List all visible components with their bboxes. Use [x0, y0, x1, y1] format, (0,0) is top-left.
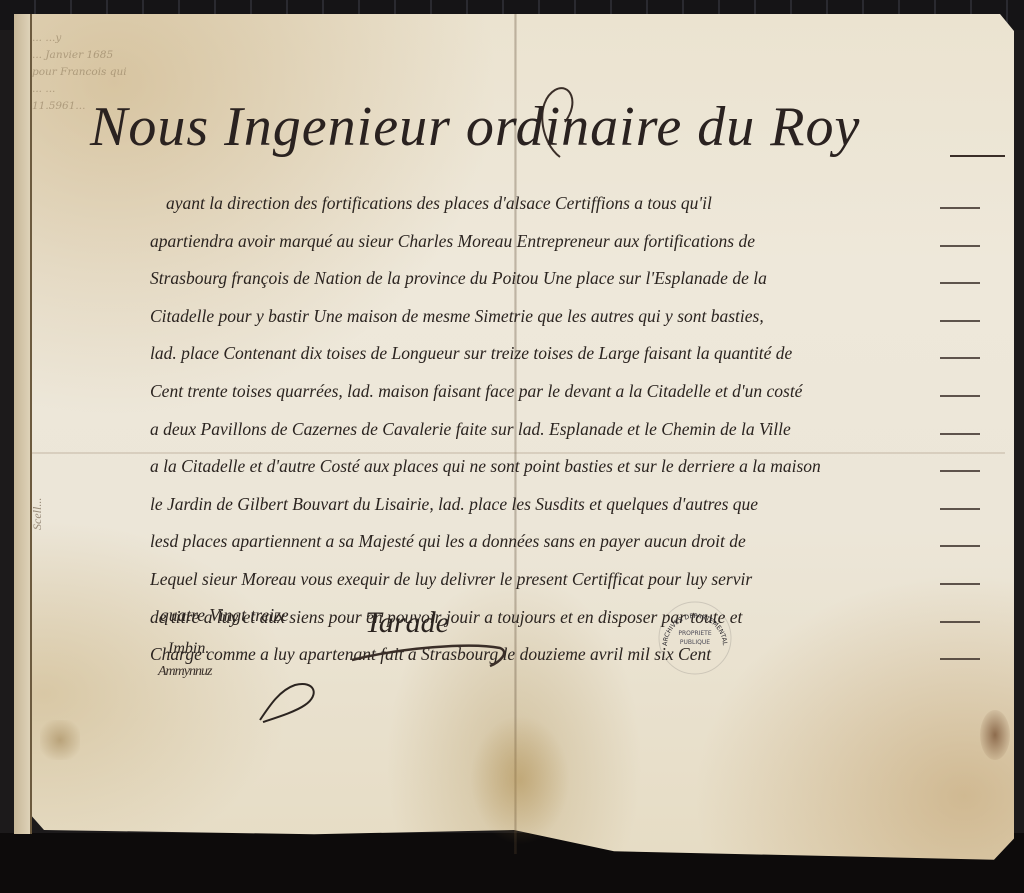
closing-line: quatre Vingt treize: [160, 605, 289, 626]
body-line: Charge comme a luy apartenant fait a Str…: [150, 636, 980, 674]
body-line: apartiendra avoir marqué au sieur Charle…: [150, 223, 980, 261]
body-line: Citadelle pour y bastir Une maison de me…: [150, 298, 980, 336]
faded-note-line: ... Janvier 1685: [32, 47, 142, 64]
body-line: lesd places apartiennent a sa Majesté qu…: [150, 523, 980, 561]
paper-left-edge: [14, 14, 32, 834]
stain-right-edge: [980, 710, 1010, 760]
document-title: Nous Ingenieur ordinaire du Roy: [90, 95, 860, 159]
stamp-inner-text-2: PUBLIQUE: [680, 639, 710, 646]
body-line: le Jardin de Gilbert Bouvart du Lisairie…: [150, 486, 980, 524]
stain-left-corner: [40, 720, 80, 760]
paraph-flourish-icon: [255, 680, 325, 725]
faded-note-line: ... ...y: [32, 30, 142, 47]
archives-stamp-icon: ARCHIVES DEPARTEMENTALES DU BAS-RHIN PRO…: [655, 598, 735, 678]
main-signature: Tarade: [365, 606, 449, 640]
signature-flourish-icon: [350, 640, 510, 670]
body-line: a deux Pavillons de Cazernes de Cavaleri…: [150, 411, 980, 449]
body-line: ayant la direction des fortifications de…: [150, 185, 980, 223]
tertiary-signature: Ammynnuz: [158, 664, 211, 680]
stamp-inner-text-1: PROPRIETE: [678, 630, 712, 637]
title-line-filler: [950, 155, 1005, 157]
body-line: a la Citadelle et d'autre Costé aux plac…: [150, 448, 980, 486]
faded-note-line: pour Francois qui: [32, 64, 142, 81]
body-line: Lequel sieur Moreau vous exequir de luy …: [150, 561, 980, 599]
secondary-signature: Imbin.: [168, 640, 209, 658]
body-line: lad. place Contenant dix toises de Longu…: [150, 335, 980, 373]
margin-note: Scell...: [30, 498, 45, 530]
body-line: Strasbourg françois de Nation de la prov…: [150, 260, 980, 298]
water-stain-center: [470, 715, 570, 845]
body-line: Cent trente toises quarrées, lad. maison…: [150, 373, 980, 411]
document-body: ayant la direction des fortifications de…: [150, 185, 980, 674]
